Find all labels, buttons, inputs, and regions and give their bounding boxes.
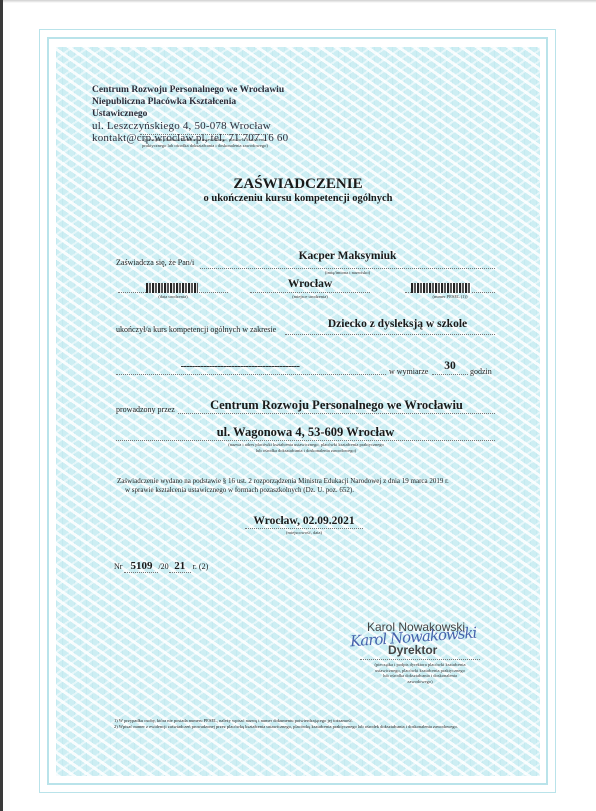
course-label: ukończył/a kurs kompetencji ogólnych w z… xyxy=(116,325,276,334)
hours-label: w wymiarze xyxy=(389,367,428,376)
provider-address: ul. Wagonowa 4, 53-609 Wrocław xyxy=(116,425,495,440)
footnote-2: 2) Wpisać numer z ewidencji zaświadczeń … xyxy=(114,724,494,730)
person-name: Kacper Maksymiuk xyxy=(200,250,495,262)
birth-place: Wrocław xyxy=(250,278,370,290)
number-year: 21 xyxy=(169,560,191,573)
viewer-left-edge xyxy=(0,0,3,811)
legal-basis-line1: Zaświadczenie wydano na podstawie § 16 u… xyxy=(117,477,517,486)
stamp-line: Niepubliczna Placówka Kształcenia Ustawi… xyxy=(92,96,292,120)
name-caption: (imię/imiona i nazwisko) xyxy=(200,270,495,275)
birth-date-caption: (data urodzenia) xyxy=(118,294,228,299)
person-label: Zaświadcza się, że Pan/i xyxy=(116,258,194,267)
name-line xyxy=(200,268,495,269)
course-second-line xyxy=(116,374,386,375)
certificate-number: Nr 5109/2021 r. (2) xyxy=(114,560,208,573)
provider-name: Centrum Rozwoju Personalnego we Wrocławi… xyxy=(178,398,495,413)
number-suffix: r. (2) xyxy=(193,562,209,571)
provider-name-line xyxy=(178,413,495,414)
provider-address-line xyxy=(116,440,495,441)
provider-caption: (nazwa i adres placówki kształcenia usta… xyxy=(226,442,386,453)
course-topic: Dziecko z dysleksją w szkole xyxy=(300,318,495,330)
legal-basis-line2: w sprawie kształcenia ustawicznego w for… xyxy=(125,486,525,495)
signature-line xyxy=(360,659,480,660)
birth-place-line xyxy=(250,292,370,293)
place-date: Wrocław, 02.09.2021 xyxy=(245,515,363,527)
document-title: ZAŚWIADCZENIE xyxy=(0,176,596,193)
stamp-caption: (pieczątka placówki kształcenia ustawicz… xyxy=(140,134,270,148)
hours-line xyxy=(432,374,468,375)
number-prefix: Nr xyxy=(114,562,122,571)
signature-caption: (pieczątka i podpis dyrektora placówki k… xyxy=(372,662,468,684)
signatory-title: Dyrektor xyxy=(388,643,437,657)
stamp-line: Centrum Rozwoju Personalnego we Wrocławi… xyxy=(92,84,292,96)
course-topic-line xyxy=(285,334,495,335)
stamp-line: ul. Leszczyńskiego 4, 50-078 Wrocław xyxy=(92,120,292,132)
viewer-top-edge xyxy=(0,0,596,3)
pesel-caption: (numer PESEL (1)) xyxy=(405,294,495,299)
number-sep: /20 xyxy=(158,562,168,571)
place-date-caption: (miejscowość, data) xyxy=(245,530,363,535)
birth-place-caption: (miejsce urodzenia) xyxy=(250,294,370,299)
number-value: 5109 xyxy=(124,560,158,573)
document-subtitle: o ukończeniu kursu kompetencji ogólnych xyxy=(0,193,596,204)
footnote-1: 1) W przypadku osoby, która nie posiada … xyxy=(114,718,514,724)
hours-unit: godzin xyxy=(470,367,492,376)
course-topic-continued: ----------------------------------------… xyxy=(150,361,330,372)
place-date-line xyxy=(245,528,363,529)
provider-label: prowadzony przez xyxy=(116,405,175,414)
hours-value: 30 xyxy=(432,360,468,372)
